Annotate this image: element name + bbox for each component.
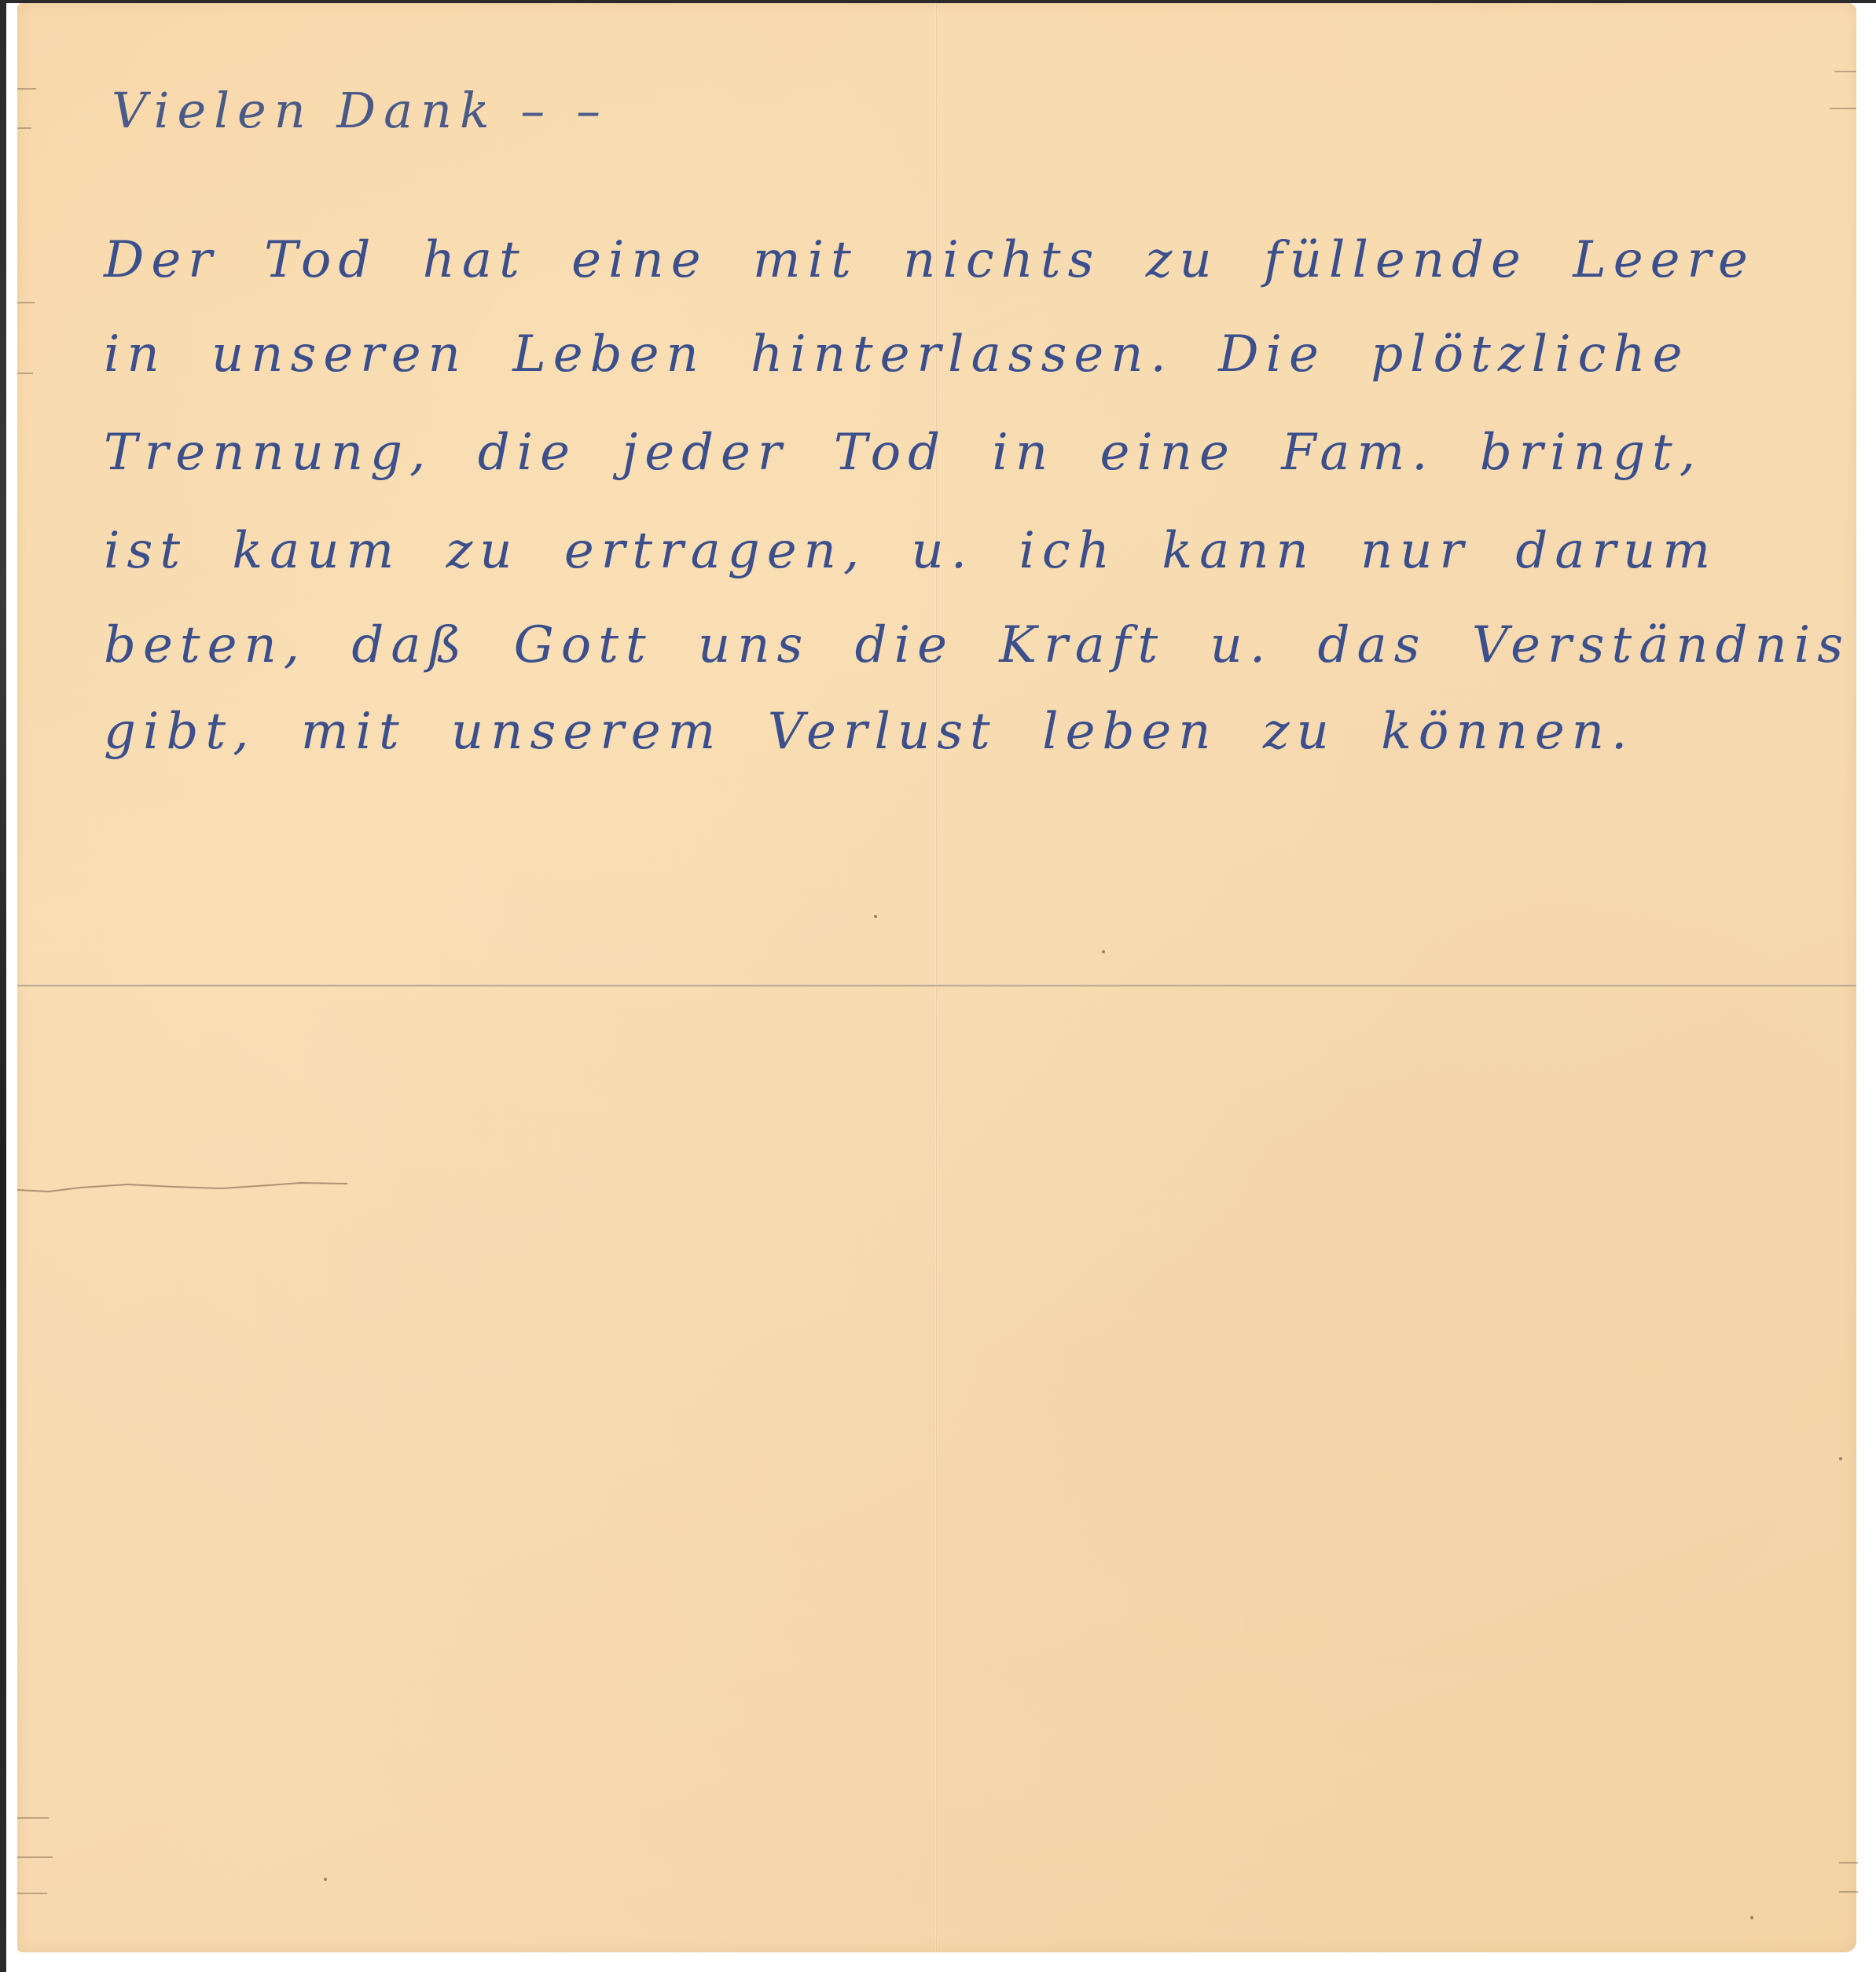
edge-tear bbox=[17, 302, 35, 303]
letter-line: in unseren Leben hinterlassen. Die plötz… bbox=[104, 325, 1689, 384]
paper-spot bbox=[324, 1878, 327, 1881]
letter-line: gibt, mit unserem Verlust leben zu könne… bbox=[104, 703, 1634, 761]
paper-spot bbox=[1839, 1457, 1842, 1460]
letter-line: Der Tod hat eine mit nichts zu füllende … bbox=[104, 231, 1755, 289]
edge-tear bbox=[1839, 1862, 1858, 1864]
paper-crease bbox=[17, 1182, 347, 1193]
paper-spot bbox=[1750, 1916, 1753, 1919]
scanner-background-edge bbox=[0, 0, 6, 1972]
edge-tear bbox=[17, 1817, 49, 1819]
paper-spot bbox=[1102, 950, 1105, 953]
vertical-fold-line bbox=[935, 3, 938, 1952]
letter-line: Trennung, die jeder Tod in eine Fam. bri… bbox=[104, 424, 1702, 482]
edge-tear bbox=[1834, 71, 1856, 72]
paper-spot bbox=[874, 915, 877, 918]
edge-tear bbox=[17, 1893, 47, 1894]
edge-tear bbox=[17, 1856, 53, 1858]
edge-tear bbox=[17, 373, 33, 374]
horizontal-fold-line bbox=[17, 984, 1856, 987]
edge-tear bbox=[17, 127, 31, 129]
letter-greeting: Vielen Dank – – bbox=[112, 82, 608, 139]
edge-tear bbox=[17, 88, 36, 90]
edge-tear bbox=[1839, 1891, 1858, 1893]
edge-tear bbox=[1830, 108, 1856, 109]
letter-line: ist kaum zu ertragen, u. ich kann nur da… bbox=[104, 522, 1717, 580]
letter-paper: Vielen Dank – – Der Tod hat eine mit nic… bbox=[17, 3, 1856, 1952]
letter-line: beten, daß Gott uns die Kraft u. das Ver… bbox=[104, 616, 1850, 674]
